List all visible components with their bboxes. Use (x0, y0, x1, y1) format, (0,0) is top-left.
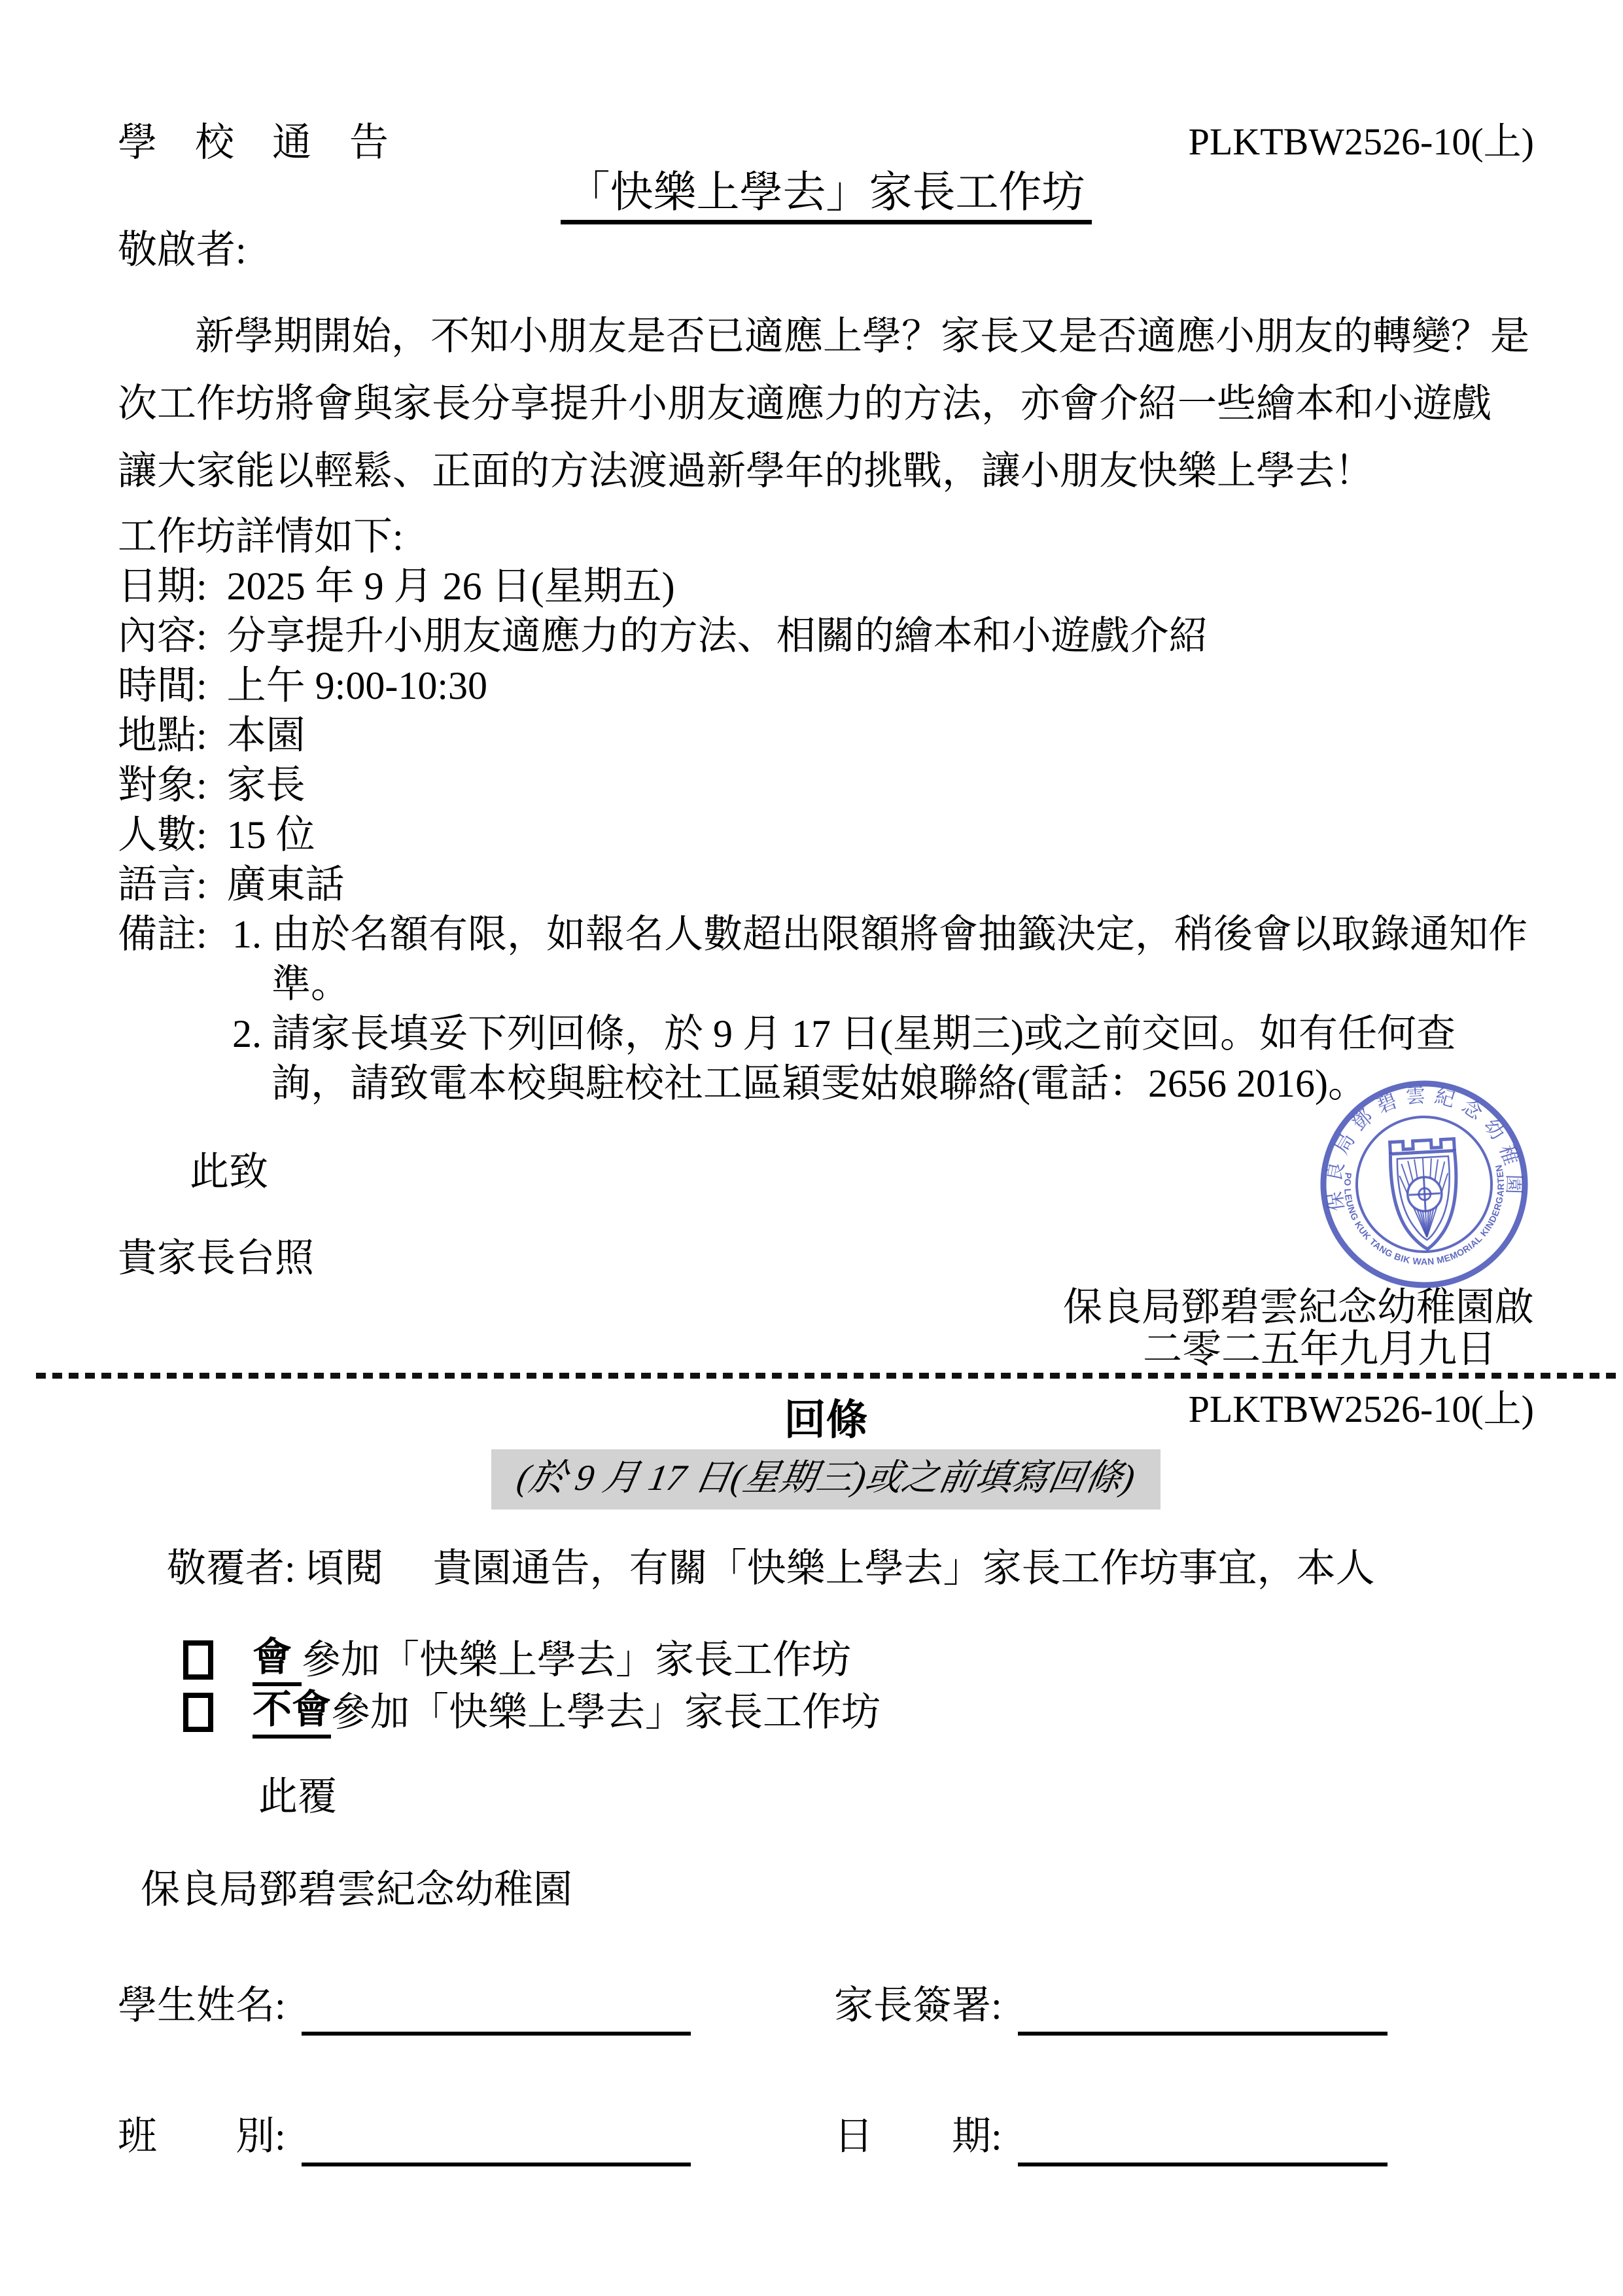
notice-header: 學校通告 PLKTBW2526-10(上) (118, 0, 1534, 166)
intro-line: 新學期開始，不知小朋友是否已適應上學？家長又是否適應小朋友的轉變？是 (118, 303, 1534, 370)
detail-label: 時間: (118, 664, 207, 707)
deadline-highlight-box: (於 9 月 17 日(星期三)或之前填寫回條) (491, 1449, 1161, 1510)
choice-will-not-label: 不會 (253, 1686, 331, 1739)
reply-school-name: 保良局鄧碧雲紀念幼稚園 (118, 1869, 1534, 1910)
detail-row-content: 內容:分享提升小朋友適應力的方法、相關的繪本和小遊戲介紹 (118, 611, 1534, 661)
option-will-text: 參加「快樂上學去」家長工作坊 (302, 1636, 851, 1684)
reference-code-top: PLKTBW2526-10(上) (1189, 119, 1534, 165)
remark-item-2: 2.請家長填妥下列回條，於 9 月 17 日(星期三)或之前交回。如有任何查 (118, 1009, 1534, 1059)
detail-row-date: 日期:2025 年 9 月 26 日(星期五) (118, 561, 1534, 611)
detail-value: 15 位 (227, 813, 315, 857)
option-will-not-attend-row: 不會 參加「快樂上學去」家長工作坊 (118, 1686, 1534, 1739)
detail-label: 地點: (118, 714, 207, 757)
salutation: 敬啟者: (118, 230, 1534, 270)
date-label: 日 期: (834, 2113, 1002, 2160)
school-seal-stamp: 保良局鄧碧雲紀念幼稚園 PO LEUNG KUK TANG BIK WAN ME… (1311, 1071, 1538, 1298)
school-notice-page: { "notice": { "type_label": "學校通告", "ref… (0, 0, 1623, 2296)
remark-text: 由於名額有限，如報名人數超出限額將會抽籤決定，稍後會以取錄通知作 (271, 913, 1527, 956)
checkbox-will-not-attend[interactable] (183, 1693, 213, 1732)
remark-number: 2. (232, 1009, 271, 1059)
remark-item-1: 備註:1.由於名額有限，如報名人數超出限額將會抽籤決定，稍後會以取錄通知作 (118, 910, 1534, 959)
detail-value: 本園 (227, 714, 305, 757)
signature-date: 二零二五年九月九日 (118, 1328, 1534, 1370)
detail-label: 內容: (118, 614, 207, 658)
detail-label: 日期: (118, 565, 207, 608)
parent-signature-blank[interactable] (1018, 1999, 1387, 2036)
remarks-block: 備註:1.由於名額有限，如報名人數超出限額將會抽籤決定，稍後會以取錄通知作 準。… (118, 910, 1534, 1108)
remark-item-1-cont: 準。 (118, 959, 1534, 1009)
class-label: 班 別: (118, 2113, 286, 2160)
workshop-details: 日期:2025 年 9 月 26 日(星期五) 內容:分享提升小朋友適應力的方法… (118, 561, 1534, 910)
date-blank[interactable] (1018, 2130, 1387, 2166)
reply-slip-header: 回條 PLKTBW2526-10(上) (118, 1397, 1534, 1444)
deadline-row: (於 9 月 17 日(星期三)或之前填寫回條) (118, 1449, 1534, 1510)
date-field: 日 期: (834, 2113, 1387, 2160)
form-row-1: 學生姓名: 家長簽署: (118, 1982, 1534, 2029)
deadline-note: (於 9 月 17 日(星期三)或之前填寫回條) (514, 1457, 1138, 1500)
detail-row-target: 對象:家長 (118, 760, 1534, 810)
remark-text: 請家長填妥下列回條，於 9 月 17 日(星期三)或之前交回。如有任何查 (271, 1012, 1456, 1055)
detail-label: 語言: (118, 863, 207, 906)
detail-value: 2025 年 9 月 26 日(星期五) (227, 565, 675, 608)
class-blank[interactable] (302, 2130, 691, 2166)
detail-row-time: 時間:上午 9:00-10:30 (118, 661, 1534, 711)
detail-value: 家長 (227, 764, 305, 807)
remark-number: 1. (232, 910, 271, 959)
class-field: 班 別: (118, 2113, 834, 2160)
intro-line: 讓大家能以輕鬆、正面的方法渡過新學年的挑戰，讓小朋友快樂上學去！ (118, 438, 1534, 505)
detail-row-language: 語言:廣東話 (118, 860, 1534, 910)
detail-value: 廣東話 (227, 863, 345, 906)
reply-salutation: 敬覆者: 頃閱 貴園通告，有關「快樂上學去」家長工作坊事宜，本人 (118, 1547, 1534, 1589)
checkbox-will-attend[interactable] (183, 1640, 213, 1680)
detail-row-venue: 地點:本園 (118, 711, 1534, 760)
intro-paragraph: 新學期開始，不知小朋友是否已適應上學？家長又是否適應小朋友的轉變？是 次工作坊將… (118, 303, 1534, 505)
reply-cifu: 此覆 (118, 1776, 1534, 1817)
detail-label: 對象: (118, 764, 207, 807)
details-heading: 工作坊詳情如下: (118, 512, 1534, 561)
intro-line: 次工作坊將會與家長分享提升小朋友適應力的方法，亦會介紹一些繪本和小遊戲 (118, 370, 1534, 438)
detail-value: 上午 9:00-10:30 (227, 664, 487, 707)
student-name-blank[interactable] (302, 1999, 691, 2036)
form-row-2: 班 別: 日 期: (118, 2113, 1534, 2160)
detail-value: 分享提升小朋友適應力的方法、相關的繪本和小遊戲介紹 (227, 614, 1208, 658)
remarks-label: 備註: (118, 910, 232, 959)
notice-title: 「快樂上學去」家長工作坊 (561, 169, 1092, 224)
parent-signature-field: 家長簽署: (834, 1982, 1387, 2029)
notice-type-label: 學校通告 (118, 119, 427, 166)
detail-row-quota: 人數:15 位 (118, 810, 1534, 860)
choice-will-label: 會 (253, 1634, 302, 1686)
attendance-options: 會 參加「快樂上學去」家長工作坊 不會 參加「快樂上學去」家長工作坊 (118, 1634, 1534, 1739)
parent-signature-label: 家長簽署: (834, 1982, 1002, 2029)
student-name-label: 學生姓名: (118, 1982, 286, 2029)
student-name-field: 學生姓名: (118, 1982, 834, 2029)
signature-block: 保良局鄧碧雲紀念幼稚園啟 二零二五年九月九日 (118, 1286, 1534, 1370)
cut-line-divider (36, 1373, 1619, 1379)
reference-code-reply: PLKTBW2526-10(上) (1189, 1386, 1534, 1432)
detail-label: 人數: (118, 813, 207, 857)
option-will-not-text: 參加「快樂上學去」家長工作坊 (331, 1689, 881, 1736)
option-will-attend-row: 會 參加「快樂上學去」家長工作坊 (118, 1634, 1534, 1686)
title-row: 「快樂上學去」家長工作坊 (118, 169, 1534, 224)
